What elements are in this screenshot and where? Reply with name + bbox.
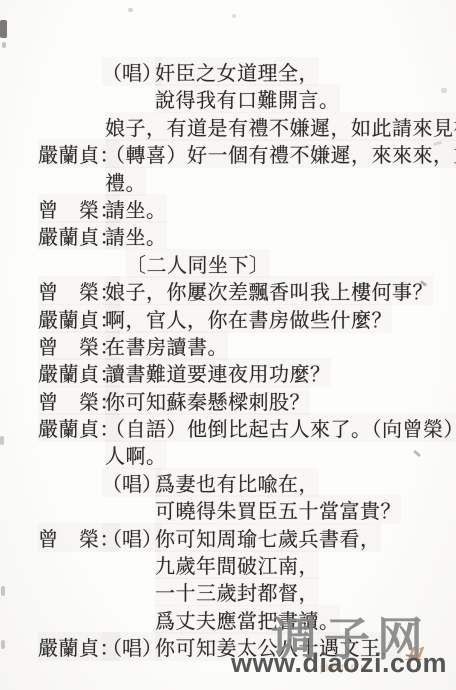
line-text: 奸臣之女道理全， (155, 57, 319, 86)
script-line: 曾 榮：請坐。 (0, 194, 456, 221)
line-text: 讀書難道要連夜用功麼？ (105, 358, 331, 387)
script-line: （唱）奸臣之女道理全， (0, 57, 456, 84)
script-line: 嚴蘭貞：（轉喜）好一個有禮不嫌遲，來來來，重見一 (0, 139, 456, 166)
script-line: 曾 榮：在書房讀書。 (0, 331, 456, 358)
line-text: 你可知周瑜七歲兵書看， (155, 523, 381, 552)
line-text: （轉喜）好一個有禮不嫌遲，來來來，重見一 (105, 139, 456, 168)
scan-speck (128, 8, 133, 12)
script-line: （唱）爲妻也有比喩在， (0, 468, 456, 495)
script-line: 嚴蘭貞：（自語）他倒比起古人來了。（向曾榮）哎！官 (0, 413, 456, 440)
scan-speck (1, 586, 5, 596)
line-text: 你可知蘇秦懸樑刺股？ (105, 386, 310, 415)
scan-speck (0, 20, 7, 38)
sing-tag: （唱） (102, 57, 162, 86)
script-line: 娘子，有道是有禮不嫌遲，如此請來見禮。 (0, 112, 456, 139)
line-text: 爲妻也有比喩在， (155, 468, 319, 497)
script-body: （唱）奸臣之女道理全，說得我有口難開言。娘子，有道是有禮不嫌遲，如此請來見禮。嚴… (0, 57, 456, 660)
line-text: 九歲年間破江南， (155, 550, 319, 579)
line-text: 啊，官人，你在書房做些什麼？ (105, 304, 392, 333)
line-text: 娘子，你屢次差飄香叫我上樓何事？ (105, 276, 433, 305)
script-line: 曾 榮：你可知蘇秦懸樑刺股？ (0, 386, 456, 413)
script-line: 可曉得朱買臣五十當富貴？ (0, 495, 456, 522)
scan-speck (0, 436, 4, 445)
script-line: 嚴蘭貞：讀書難道要連夜用功麼？ (0, 358, 456, 385)
script-line: 禮。 (0, 167, 456, 194)
sing-tag: （唱） (102, 632, 162, 661)
scan-speck (2, 42, 6, 48)
line-text: （自語）他倒比起古人來了。（向曾榮）哎！官 (105, 413, 456, 442)
scanned-script-page: （唱）奸臣之女道理全，說得我有口難開言。娘子，有道是有禮不嫌遲，如此請來見禮。嚴… (0, 0, 456, 690)
script-line: 嚴蘭貞：啊，官人，你在書房做些什麼？ (0, 304, 456, 331)
script-line: 人啊。 (0, 440, 456, 467)
sing-tag: （唱） (102, 468, 162, 497)
line-text: 娘子，有道是有禮不嫌遲，如此請來見禮。 (105, 112, 456, 141)
line-text: 在書房讀書。 (105, 331, 228, 360)
scan-speck (232, 14, 236, 18)
sing-tag: （唱） (102, 523, 162, 552)
watermark-site-url: www.diaozi.com (231, 648, 447, 679)
line-text: 禮。 (105, 167, 146, 196)
script-line: 嚴蘭貞：請坐。 (0, 221, 456, 248)
line-text: 請坐。 (105, 194, 167, 223)
script-line: 曾 榮：（唱）你可知周瑜七歲兵書看， (0, 523, 456, 550)
script-line: 曾 榮：娘子，你屢次差飄香叫我上樓何事？ (0, 276, 456, 303)
line-text: 請坐。 (105, 221, 167, 250)
script-line: 九歲年間破江南， (0, 550, 456, 577)
line-text: 〔二人同坐下〕 (126, 249, 270, 278)
line-text: 說得我有口難開言。 (155, 84, 340, 113)
script-line: 說得我有口難開言。 (0, 84, 456, 111)
scan-speck (441, 88, 447, 93)
script-line: 〔二人同坐下〕 (0, 249, 456, 276)
script-line: 一十三歲封都督， (0, 577, 456, 604)
line-text: 可曉得朱買臣五十當富貴？ (155, 495, 401, 524)
line-text: 人啊。 (105, 440, 167, 469)
scan-speck (1, 640, 5, 649)
